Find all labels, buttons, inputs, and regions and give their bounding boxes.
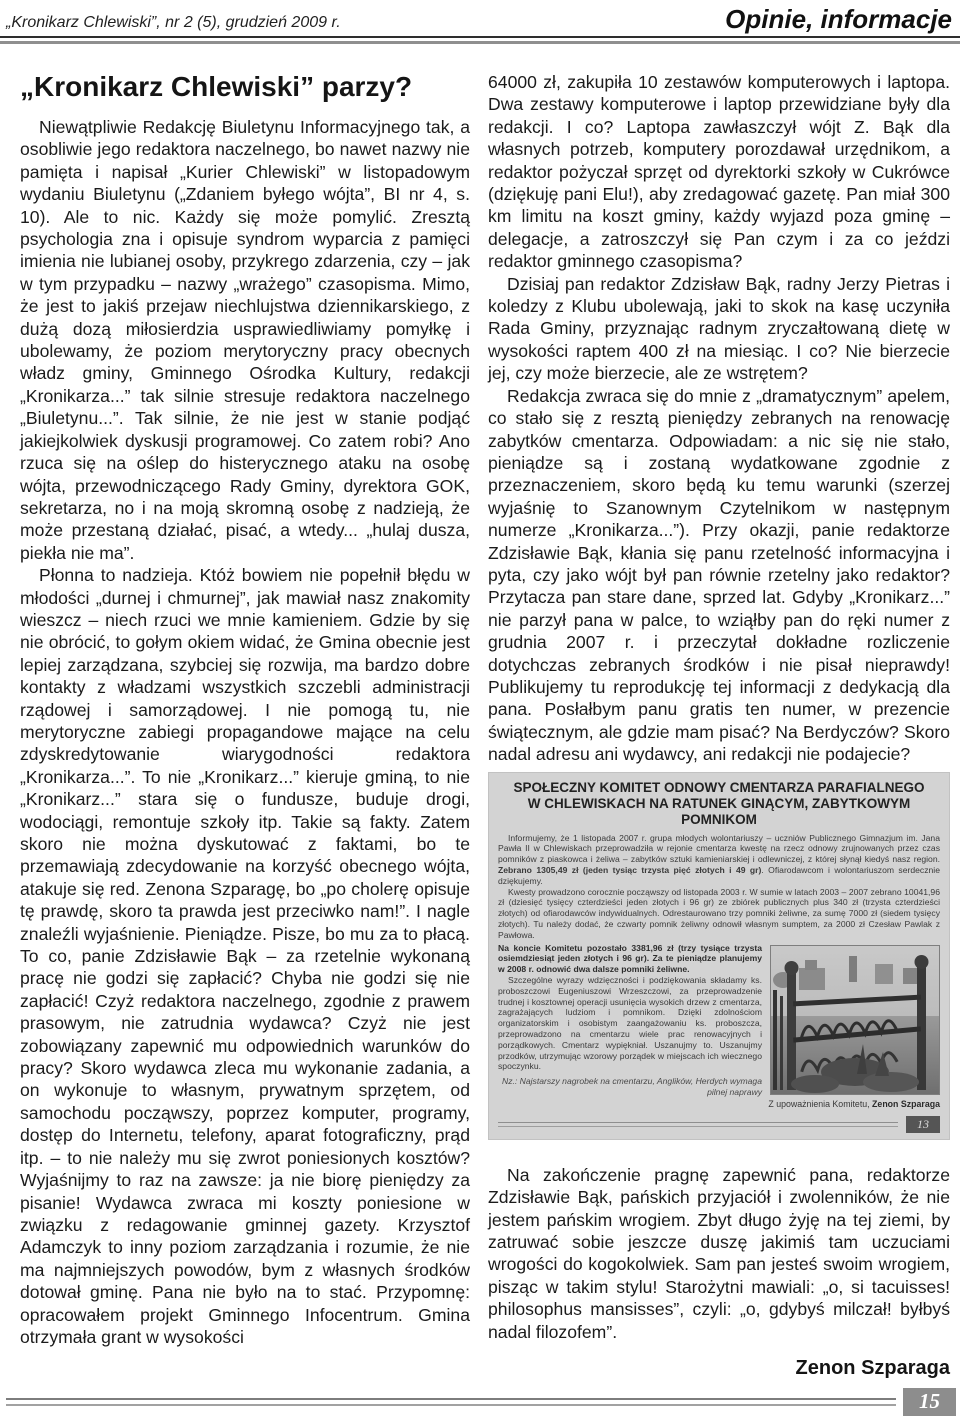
clipping-paragraph: Informujemy, że 1 listopada 2007 r. grup… (498, 833, 940, 887)
paragraph: Redakcja zwraca się do mnie z „dramatycz… (488, 385, 950, 766)
closing-paragraph: Na zakończenie pragnę zapewnić pana, red… (488, 1164, 950, 1343)
clipping-title-line1: SPOŁECZNY KOMITET ODNOWY CMENTARZA PARAF… (498, 780, 940, 796)
clipping-lower-block: Na koncie Komitetu pozostało 3381,96 zł … (498, 943, 940, 1110)
left-column: „Kronikarz Chlewiski” parzy? Niewątpliwi… (20, 71, 470, 1400)
page-number-badge: 15 (903, 1388, 956, 1416)
author-signature: Zenon Szparaga (488, 1357, 950, 1380)
header-rule (0, 36, 960, 44)
footer-rule (6, 1398, 896, 1406)
page-footer: 15 (6, 1388, 956, 1416)
paragraph: 64000 zł, zakupiła 10 zestawów komputero… (488, 71, 950, 273)
section-title: Opinie, informacje (725, 6, 952, 32)
clipping-footer-rule (498, 1122, 898, 1127)
newspaper-clipping: SPOŁECZNY KOMITET ODNOWY CMENTARZA PARAF… (488, 772, 950, 1140)
clipping-paragraph: Kwesty prowadzono corocznie począwszy od… (498, 887, 940, 941)
authorization-name: Zenon Szparaga (872, 1099, 940, 1109)
clipping-footer: 13 (498, 1116, 940, 1133)
document-page: „Kronikarz Chlewiski”, nr 2 (5), grudzie… (0, 0, 960, 1420)
clipping-title: SPOŁECZNY KOMITET ODNOWY CMENTARZA PARAF… (498, 780, 940, 828)
issue-info: „Kronikarz Chlewiski”, nr 2 (5), grudzie… (6, 14, 341, 32)
clipping-page-number: 13 (906, 1116, 940, 1133)
article-body: „Kronikarz Chlewiski” parzy? Niewątpliwi… (0, 44, 960, 1400)
paragraph: Dzisiaj pan redaktor Zdzisław Bąk, radny… (488, 273, 950, 385)
clipping-authorization: Z upoważnienia Komitetu, Zenon Szparaga (498, 1099, 940, 1110)
clipping-title-line2: W CHLEWISKACH NA RATUNEK GINĄCYM, ZABYTK… (498, 796, 940, 828)
clipping-text: Informujemy, że 1 listopada 2007 r. grup… (498, 833, 940, 865)
right-column: 64000 zł, zakupiła 10 zestawów komputero… (488, 71, 950, 1400)
article-title: „Kronikarz Chlewiski” parzy? (20, 71, 470, 103)
paragraph: Płonna to nadzieja. Któż bowiem nie pope… (20, 564, 470, 1348)
cemetery-photo (770, 945, 940, 1095)
page-header: „Kronikarz Chlewiski”, nr 2 (5), grudzie… (0, 0, 960, 34)
paragraph: Niewątpliwie Redakcję Biuletynu Informac… (20, 116, 470, 564)
cemetery-photo-graphic (771, 946, 939, 1094)
clipping-bold-amount: Zebrano 1305,49 zł (jeden tysiąc trzysta… (498, 865, 761, 875)
authorization-prefix: Z upoważnienia Komitetu, (768, 1099, 872, 1109)
